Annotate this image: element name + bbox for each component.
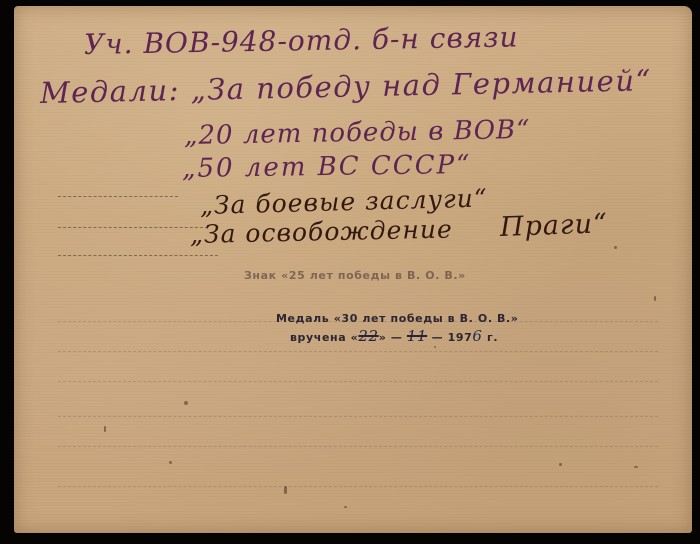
presented-sep2: — 197 bbox=[432, 331, 473, 344]
paper-speck bbox=[634, 466, 638, 468]
paper-speck bbox=[654, 296, 656, 301]
paper-speck bbox=[614, 246, 617, 249]
document-card: Уч. ВОВ-948-отд. б-н связи Медали: „За п… bbox=[14, 6, 692, 533]
handwritten-medal-liberation-prague: Праги“ bbox=[499, 208, 608, 243]
presented-prefix: вручена « bbox=[290, 331, 358, 344]
paper-speck bbox=[559, 463, 562, 466]
paper-speck bbox=[344, 506, 347, 508]
presented-month: 11 bbox=[407, 327, 427, 345]
paper-speck bbox=[434, 346, 436, 348]
paper-speck bbox=[169, 461, 172, 464]
stamp-medal-30-years: Медаль «30 лет победы в В. О. В.» bbox=[276, 312, 519, 325]
stamp-presented-date: вручена «22» — 11 — 1976 г. bbox=[290, 327, 498, 345]
handwritten-medal-50-years-armed-forces: „50 лет ВС СССР“ bbox=[182, 150, 472, 184]
handwritten-medal-liberation: „За освобождение bbox=[190, 215, 453, 249]
presented-suffix: г. bbox=[483, 331, 499, 344]
presented-day: 22 bbox=[358, 327, 378, 345]
presented-year-digit: 6 bbox=[472, 327, 482, 345]
ruled-line bbox=[58, 486, 658, 487]
paper-speck bbox=[184, 401, 188, 405]
ruled-line bbox=[58, 196, 178, 197]
handwritten-medal-20-years: „20 лет победы в ВОВ“ bbox=[184, 115, 531, 151]
handwritten-unit-line: Уч. ВОВ-948-отд. б-н связи bbox=[84, 20, 519, 61]
ruled-line bbox=[58, 446, 658, 447]
paper-speck bbox=[104, 426, 106, 432]
stamp-badge-25-years: Знак «25 лет победы в В. О. В.» bbox=[244, 269, 466, 282]
ruled-line bbox=[58, 227, 208, 228]
ruled-line bbox=[58, 255, 218, 256]
ruled-line bbox=[58, 381, 658, 382]
handwritten-medals-heading: Медали: „За победу над Германией“ bbox=[40, 63, 652, 110]
presented-sep1: » — bbox=[379, 331, 403, 344]
paper-speck bbox=[284, 486, 287, 494]
ruled-line bbox=[58, 416, 658, 417]
ruled-line bbox=[58, 351, 658, 352]
